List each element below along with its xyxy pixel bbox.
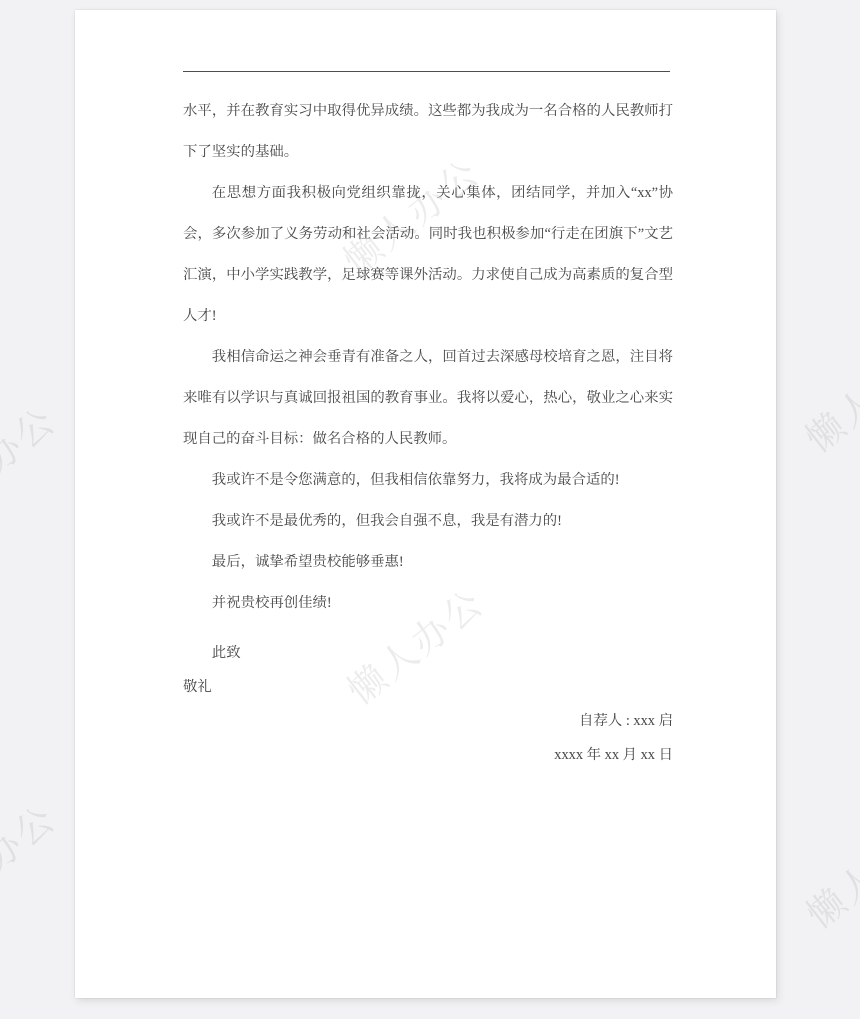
salute-line: 此致 bbox=[183, 636, 673, 670]
watermark: 懒人办公 bbox=[0, 789, 66, 930]
signer-line: 自荐人 : xxx 启 bbox=[183, 704, 673, 738]
watermark: 懒人办公 bbox=[793, 797, 860, 938]
paragraph-3: 我相信命运之神会垂青有准备之人，回首过去深感母校培育之恩，注目将来唯有以学识与真… bbox=[183, 337, 673, 460]
salute-word: 敬礼 bbox=[183, 670, 673, 704]
letter-closing: 此致 敬礼 自荐人 : xxx 启 xxxx 年 xx 月 xx 日 bbox=[183, 636, 673, 772]
paragraph-4: 我或许不是令您满意的，但我相信依靠努力，我将成为最合适的! bbox=[183, 460, 673, 501]
header-rule bbox=[183, 71, 670, 72]
paragraph-1: 水平，并在教育实习中取得优异成绩。这些都为我成为一名合格的人民教师打下了坚实的基… bbox=[183, 91, 673, 173]
date-line: xxxx 年 xx 月 xx 日 bbox=[183, 738, 673, 772]
watermark: 懒人办公 bbox=[792, 321, 860, 462]
paragraph-5: 我或许不是最优秀的，但我会自强不息，我是有潜力的! bbox=[183, 501, 673, 542]
paragraph-6: 最后，诚挚希望贵校能够垂惠! bbox=[183, 542, 673, 583]
paragraph-2: 在思想方面我积极向党组织靠拢，关心集体，团结同学，并加入“xx”协会，多次参加了… bbox=[183, 173, 673, 337]
paragraph-7: 并祝贵校再创佳绩! bbox=[183, 583, 673, 624]
viewport: 水平，并在教育实习中取得优异成绩。这些都为我成为一名合格的人民教师打下了坚实的基… bbox=[0, 0, 860, 1019]
document-content: 水平，并在教育实习中取得优异成绩。这些都为我成为一名合格的人民教师打下了坚实的基… bbox=[183, 91, 673, 772]
document-page: 水平，并在教育实习中取得优异成绩。这些都为我成为一名合格的人民教师打下了坚实的基… bbox=[75, 10, 776, 998]
letter-body: 水平，并在教育实习中取得优异成绩。这些都为我成为一名合格的人民教师打下了坚实的基… bbox=[183, 91, 673, 624]
watermark: 懒人办公 bbox=[0, 391, 66, 532]
